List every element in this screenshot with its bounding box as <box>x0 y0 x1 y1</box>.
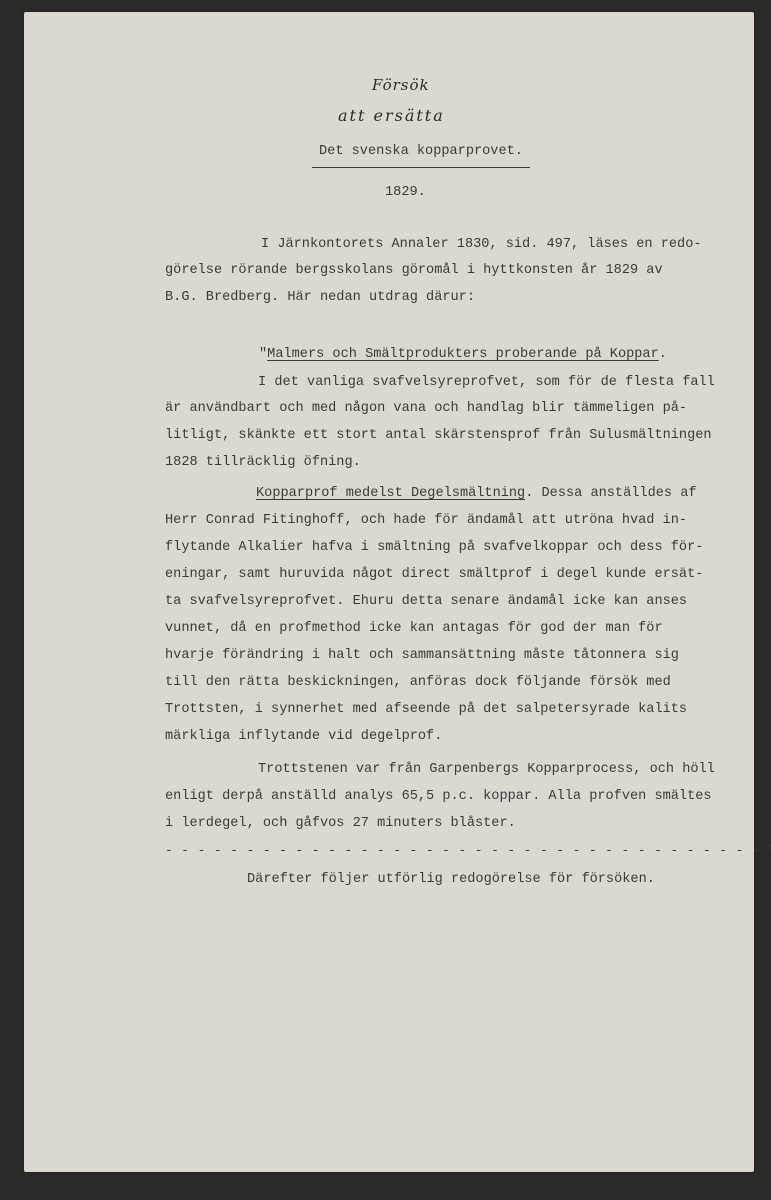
section3-line: enligt derpå anställd analys 65,5 p.c. k… <box>165 789 712 805</box>
section2-line: Herr Conrad Fitinghoff, och hade för änd… <box>165 513 687 529</box>
handwritten-annotation-line2: att ersätta <box>338 106 445 125</box>
section1-line: 1828 tillräcklig öfning. <box>165 455 361 471</box>
section3-line: Trottstenen var från Garpenbergs Kopparp… <box>258 762 715 778</box>
title-underline <box>312 167 530 168</box>
dashed-separator: - - - - - - - - - - - - - - - - - - - - … <box>165 843 771 859</box>
section1-line: litligt, skänkte ett stort antal skärste… <box>165 428 712 444</box>
intro-line: I Järnkontorets Annaler 1830, sid. 497, … <box>261 237 702 253</box>
section2-line: till den rätta beskickningen, anföras do… <box>165 675 671 691</box>
section1-line: I det vanliga svafvelsyreprofvet, som fö… <box>258 375 715 391</box>
section2-line: eningar, samt huruvida något direct smäl… <box>165 567 703 583</box>
section2-line: ta svafvelsyreprofvet. Ehuru detta senar… <box>165 594 687 610</box>
section2-line: vunnet, då en profmethod icke kan antaga… <box>165 621 663 637</box>
section1-heading: "Malmers och Smältprodukters proberande … <box>259 347 667 363</box>
closing-line: Därefter följer utförlig redogörelse för… <box>247 872 655 888</box>
section2-heading-rest: . Dessa anställdes af <box>525 486 696 501</box>
section2-line: flytande Alkalier hafva i smältning på s… <box>165 540 703 556</box>
section2-line: hvarje förändring i halt och sammansättn… <box>165 648 679 664</box>
section2-line: märkliga inflytande vid degelprof. <box>165 729 442 745</box>
section2-heading: Kopparprof medelst Degelsmältning. Dessa… <box>256 486 697 502</box>
handwritten-annotation-line1: Försök <box>372 76 430 94</box>
intro-line: görelse rörande bergsskolans göromål i h… <box>165 263 663 279</box>
open-quote: " <box>259 347 267 362</box>
section1-line: är användbart och med någon vana och han… <box>165 401 687 417</box>
section3-line: i lerdegel, och gåfvos 27 minuters blåst… <box>165 816 516 832</box>
intro-line: B.G. Bredberg. Här nedan utdrag därur: <box>165 290 475 306</box>
document-title: Det svenska kopparprovet. <box>319 144 523 160</box>
section2-heading-text: Kopparprof medelst Degelsmältning <box>256 486 525 501</box>
section1-heading-text: Malmers och Smältprodukters proberande p… <box>267 347 659 362</box>
heading-period: . <box>659 347 667 362</box>
document-year: 1829. <box>385 185 426 201</box>
section2-line: Trottsten, i synnerhet med afseende på d… <box>165 702 687 718</box>
